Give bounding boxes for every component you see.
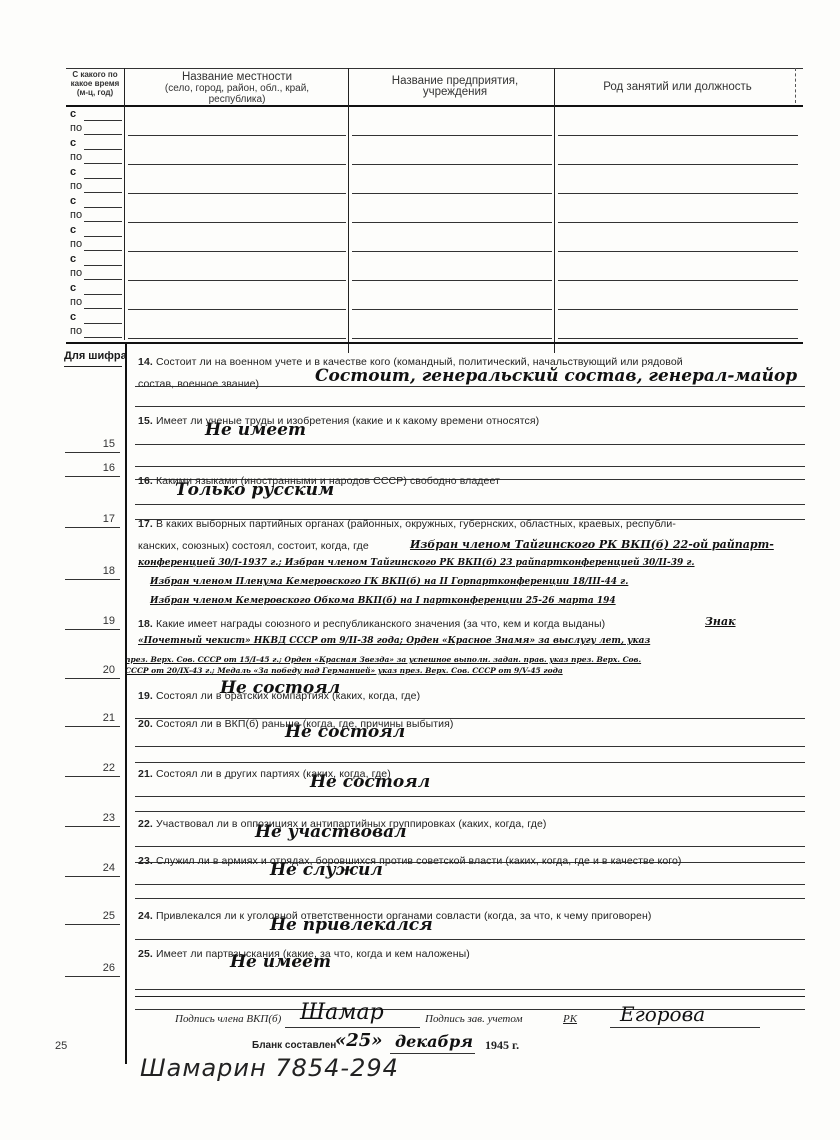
member-signature: Шамар <box>300 1000 384 1025</box>
col-header-occupation: Род занятий или должность <box>560 82 795 93</box>
question-number: 19. <box>138 690 153 702</box>
enterprise-field[interactable] <box>352 193 552 194</box>
to-field[interactable] <box>84 279 122 280</box>
col-header-period: С какого по какое время (м-ц, год) <box>66 70 124 97</box>
locality-field[interactable] <box>128 280 346 281</box>
cipher-number: 19 <box>75 615 115 627</box>
compiled-month: декабря <box>395 1032 473 1051</box>
answer-line[interactable]: Избран членом Кемеровского Обкома ВКП(б)… <box>150 596 616 606</box>
question-text: Какие имеет награды союзного и республик… <box>156 618 605 630</box>
occupation-field[interactable] <box>558 251 798 252</box>
answer[interactable]: Не состоял <box>285 722 405 742</box>
answer-line[interactable]: конференцией 30/I-1937 г.; Избран членом… <box>138 558 695 568</box>
answer-line[interactable]: СССР от 20/IX-43 г.; Медаль «За победу н… <box>125 666 563 675</box>
answer[interactable]: Только русским <box>175 480 334 500</box>
to-label: по <box>70 267 82 279</box>
locality-field[interactable] <box>128 222 346 223</box>
answer[interactable]: Состоит, генеральский состав, генерал-ма… <box>315 366 797 386</box>
enterprise-field[interactable] <box>352 164 552 165</box>
cipher-number: 21 <box>75 712 115 724</box>
col-enterprise-label: Название предприятия, учреждения <box>392 75 518 98</box>
answer[interactable]: Не участвовал <box>255 822 407 842</box>
locality-field[interactable] <box>128 193 346 194</box>
enterprise-field[interactable] <box>352 222 552 223</box>
member-signature-label: Подпись члена ВКП(б) <box>175 1013 281 1025</box>
to-field[interactable] <box>84 134 122 135</box>
from-field[interactable] <box>84 207 122 208</box>
question-number: 25. <box>138 948 153 960</box>
to-field[interactable] <box>84 192 122 193</box>
to-label: по <box>70 209 82 221</box>
cipher-number: 17 <box>75 513 115 525</box>
to-label: по <box>70 122 82 134</box>
to-field[interactable] <box>84 221 122 222</box>
question-text: В каких выборных партийных органах (райо… <box>156 518 676 530</box>
locality-field[interactable] <box>128 338 346 339</box>
col-header-enterprise: Название предприятия, учреждения <box>380 76 530 98</box>
answer[interactable]: Не служил <box>270 860 383 880</box>
question-number: 23. <box>138 855 153 867</box>
from-label: с <box>70 137 76 149</box>
from-label: с <box>70 253 76 265</box>
to-field[interactable] <box>84 250 122 251</box>
question-number: 14. <box>138 356 153 368</box>
locality-field[interactable] <box>128 309 346 310</box>
occupation-field[interactable] <box>558 309 798 310</box>
locality-field[interactable] <box>128 135 346 136</box>
answer[interactable]: Не состоял <box>220 678 340 698</box>
cipher-number: 15 <box>75 438 115 450</box>
answer[interactable]: Не состоял <box>310 772 430 792</box>
occupation-field[interactable] <box>558 164 798 165</box>
from-field[interactable] <box>84 178 122 179</box>
answer[interactable]: Не имеет <box>205 420 306 440</box>
answer-line[interactable]: Знак <box>705 615 736 628</box>
to-label: по <box>70 238 82 250</box>
cipher-number: 22 <box>75 762 115 774</box>
from-field[interactable] <box>84 294 122 295</box>
cipher-number: 18 <box>75 565 115 577</box>
registrar-signature: Егорова <box>620 1002 705 1026</box>
from-label: с <box>70 224 76 236</box>
occupation-field[interactable] <box>558 193 798 194</box>
locality-field[interactable] <box>128 251 346 252</box>
question-number: 20. <box>138 718 153 730</box>
question-number: 22. <box>138 818 153 830</box>
from-label: с <box>70 195 76 207</box>
cipher-number: 25 <box>75 910 115 922</box>
from-label: с <box>70 311 76 323</box>
compiled-day: «25» <box>335 1030 383 1051</box>
question-text: Служил ли в армиях и отрядах, боровшихся… <box>156 855 682 867</box>
cipher-number: 23 <box>75 812 115 824</box>
answer-line[interactable]: Избран членом Пленума Кемеровского ГК ВК… <box>150 577 628 587</box>
compiled-label: Бланк составлен <box>252 1040 336 1051</box>
col-period-label: С какого по какое время <box>71 70 120 88</box>
from-field[interactable] <box>84 149 122 150</box>
registrar-label: Подпись зав. учетом <box>425 1013 522 1025</box>
question-number: 16. <box>138 475 153 487</box>
question-text-cont: канских, союзных) состоял, состоит, когд… <box>138 540 369 552</box>
from-field[interactable] <box>84 323 122 324</box>
question-number: 21. <box>138 768 153 780</box>
col-locality-label: Название местности <box>182 71 292 83</box>
enterprise-field[interactable] <box>352 251 552 252</box>
from-field[interactable] <box>84 236 122 237</box>
to-field[interactable] <box>84 163 122 164</box>
to-field[interactable] <box>84 337 122 338</box>
occupation-field[interactable] <box>558 222 798 223</box>
question-number: 18. <box>138 618 153 630</box>
handwritten-note: Шамарин 7854-294 <box>140 1054 399 1082</box>
from-field[interactable] <box>84 120 122 121</box>
enterprise-field[interactable] <box>352 135 552 136</box>
question-number: 24. <box>138 910 153 922</box>
enterprise-field[interactable] <box>352 280 552 281</box>
enterprise-field[interactable] <box>352 338 552 339</box>
question-text-cont: состав, военное звание) <box>138 378 259 390</box>
col-occupation-label: Род занятий или должность <box>603 81 752 93</box>
answer-line[interactable]: Избран членом Тайгинского РК ВКП(б) 22-о… <box>410 538 774 551</box>
from-label: с <box>70 108 76 120</box>
from-label: с <box>70 282 76 294</box>
cipher-label: Для шифра <box>64 350 127 362</box>
answer[interactable]: Не имеет <box>230 952 331 972</box>
registrar-org: РК <box>563 1013 577 1025</box>
col-header-locality: Название местности (село, город, район, … <box>128 72 346 105</box>
col-period-sub: (м-ц, год) <box>77 88 113 97</box>
occupation-field[interactable] <box>558 280 798 281</box>
cipher-number: 26 <box>75 962 115 974</box>
to-label: по <box>70 296 82 308</box>
enterprise-field[interactable] <box>352 309 552 310</box>
answer[interactable]: Не привлекался <box>270 915 433 935</box>
question-number: 17. <box>138 518 153 530</box>
to-label: по <box>70 151 82 163</box>
to-field[interactable] <box>84 308 122 309</box>
occupation-field[interactable] <box>558 338 798 339</box>
occupation-field[interactable] <box>558 135 798 136</box>
to-label: по <box>70 325 82 337</box>
col-locality-sub: (село, город, район, обл., край, республ… <box>162 83 312 105</box>
locality-field[interactable] <box>128 164 346 165</box>
compiled-year: 1945 г. <box>485 1038 519 1053</box>
cipher-number: 25 <box>55 1040 95 1052</box>
cipher-number: 20 <box>75 664 115 676</box>
to-label: по <box>70 180 82 192</box>
cipher-number: 16 <box>75 462 115 474</box>
answer-line[interactable]: през. Верх. Сов. СССР от 15/I-45 г.; Орд… <box>125 655 641 664</box>
question-number: 15. <box>138 415 153 427</box>
cipher-number: 24 <box>75 862 115 874</box>
answer-line[interactable]: «Почетный чекист» НКВД СССР от 9/II-38 г… <box>138 636 650 646</box>
from-label: с <box>70 166 76 178</box>
from-field[interactable] <box>84 265 122 266</box>
